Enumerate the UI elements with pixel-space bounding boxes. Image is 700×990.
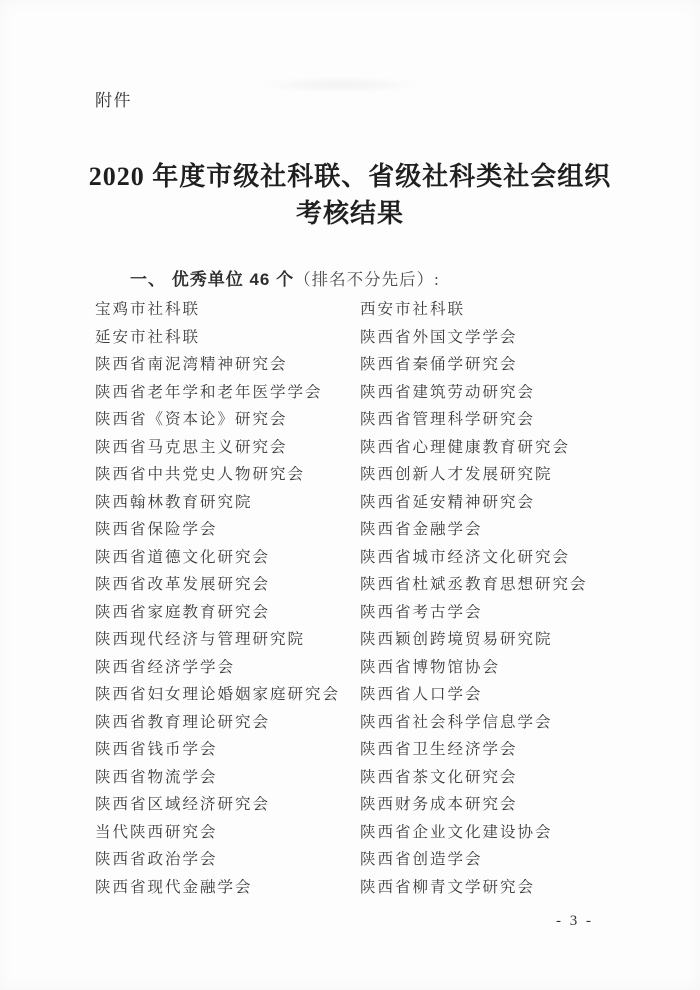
- list-item: 陕西省家庭教育研究会: [95, 599, 360, 627]
- list-item: 陕西省改革发展研究会: [95, 571, 360, 599]
- list-item: 陕西省延安精神研究会: [360, 489, 650, 517]
- scan-artifact: [255, 76, 425, 94]
- list-item: 陕西翰林教育研究院: [95, 489, 360, 517]
- list-item: 陕西省教育理论研究会: [95, 709, 360, 737]
- list-item: 西安市社科联: [360, 296, 650, 324]
- list-item: 陕西省考古学会: [360, 599, 650, 627]
- list-item: 陕西省道德文化研究会: [95, 544, 360, 572]
- list-item: 陕西省中共党史人物研究会: [95, 461, 360, 489]
- list-item: 陕西省人口学会: [360, 681, 650, 709]
- list-item: 陕西省政治学会: [95, 846, 360, 874]
- page-title: 2020 年度市级社科联、省级社科类社会组织 考核结果: [0, 158, 700, 232]
- page-number: - 3 -: [556, 913, 594, 930]
- list-item: 陕西省秦俑学研究会: [360, 351, 650, 379]
- list-item: 陕西省马克思主义研究会: [95, 434, 360, 462]
- list-item: 陕西省经济学学会: [95, 654, 360, 682]
- list-item: 陕西省茶文化研究会: [360, 764, 650, 792]
- list-item: 陕西省卫生经济学会: [360, 736, 650, 764]
- list-item: 陕西省钱币学会: [95, 736, 360, 764]
- list-item: 陕西省外国文学学会: [360, 324, 650, 352]
- list-item: 陕西创新人才发展研究院: [360, 461, 650, 489]
- list-item: 宝鸡市社科联: [95, 296, 360, 324]
- unit-list-right-column: 西安市社科联陕西省外国文学学会陕西省秦俑学研究会陕西省建筑劳动研究会陕西省管理科…: [360, 296, 650, 901]
- unit-list-left-column: 宝鸡市社科联延安市社科联陕西省南泥湾精神研究会陕西省老年学和老年医学学会陕西省《…: [95, 296, 360, 901]
- list-item: 陕西省社会科学信息学会: [360, 709, 650, 737]
- list-item: 陕西省建筑劳动研究会: [360, 379, 650, 407]
- list-item: 陕西省保险学会: [95, 516, 360, 544]
- list-item: 陕西省金融学会: [360, 516, 650, 544]
- list-item: 陕西省城市经济文化研究会: [360, 544, 650, 572]
- list-item: 陕西省博物馆协会: [360, 654, 650, 682]
- list-item: 陕西省柳青文学研究会: [360, 874, 650, 902]
- list-item: 当代陕西研究会: [95, 819, 360, 847]
- list-item: 陕西省创造学会: [360, 846, 650, 874]
- list-item: 陕西省南泥湾精神研究会: [95, 351, 360, 379]
- list-item: 陕西省《资本论》研究会: [95, 406, 360, 434]
- list-item: 陕西省现代金融学会: [95, 874, 360, 902]
- list-item: 陕西省管理科学研究会: [360, 406, 650, 434]
- section-heading: 一、 优秀单位 46 个（排名不分先后）:: [130, 268, 440, 292]
- list-item: 陕西省妇女理论婚姻家庭研究会: [95, 681, 360, 709]
- list-item: 陕西现代经济与管理研究院: [95, 626, 360, 654]
- section-heading-main: 一、 优秀单位 46 个: [130, 270, 294, 289]
- list-item: 陕西省杜斌丞教育思想研究会: [360, 571, 650, 599]
- list-item: 陕西省区域经济研究会: [95, 791, 360, 819]
- page-title-line-2: 考核结果: [0, 195, 700, 232]
- list-item: 陕西省老年学和老年医学学会: [95, 379, 360, 407]
- list-item: 陕西省物流学会: [95, 764, 360, 792]
- document-page: 附件 2020 年度市级社科联、省级社科类社会组织 考核结果 一、 优秀单位 4…: [0, 0, 700, 990]
- list-item: 陕西财务成本研究会: [360, 791, 650, 819]
- attachment-label: 附件: [95, 86, 132, 111]
- list-item: 延安市社科联: [95, 324, 360, 352]
- list-item: 陕西省心理健康教育研究会: [360, 434, 650, 462]
- section-heading-note: （排名不分先后）:: [294, 270, 440, 289]
- list-item: 陕西省企业文化建设协会: [360, 819, 650, 847]
- page-title-line-1: 2020 年度市级社科联、省级社科类社会组织: [0, 158, 700, 195]
- list-item: 陕西颖创跨境贸易研究院: [360, 626, 650, 654]
